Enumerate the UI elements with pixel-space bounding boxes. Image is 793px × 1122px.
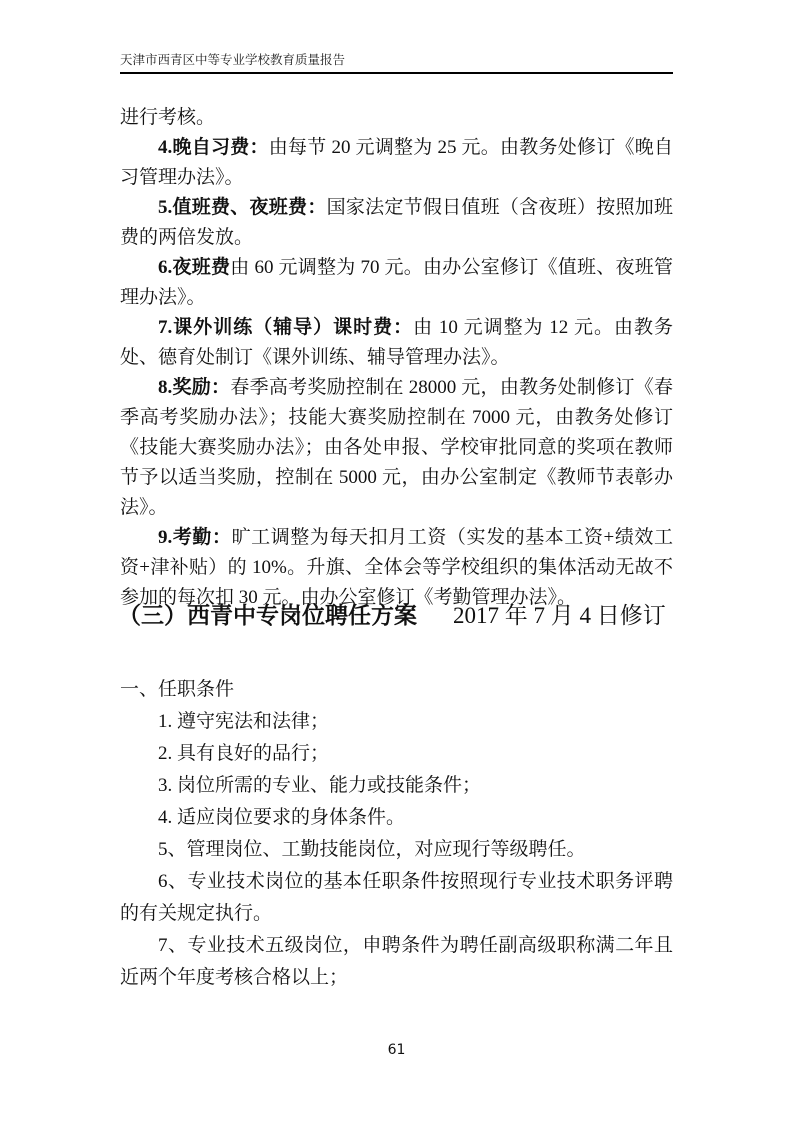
item-8-text: 春季高考奖励控制在 28000 元，由教务处制修订《春季高考奖励办法》；技能大赛… [120, 377, 673, 518]
item-5-label: 5.值班费、夜班费： [158, 197, 327, 218]
paragraph-item-8: 8.奖励：春季高考奖励控制在 28000 元，由教务处制修订《春季高考奖励办法》… [120, 373, 673, 523]
condition-item-4: 4. 适应岗位要求的身体条件。 [120, 802, 673, 834]
paragraph-continuation: 进行考核。 [120, 103, 673, 133]
paragraph-item-7: 7.课外训练（辅导）课时费：由 10 元调整为 12 元。由教务处、德育处制订《… [120, 313, 673, 373]
condition-item-7: 7、专业技术五级岗位，申聘条件为聘任副高级职称满二年且近两个年度考核合格以上； [120, 930, 673, 994]
document-body: 进行考核。 4.晚自习费：由每节 20 元调整为 25 元。由教务处修订《晚自习… [120, 103, 673, 613]
condition-item-2: 2. 具有良好的品行； [120, 738, 673, 770]
condition-item-3: 3. 岗位所需的专业、能力或技能条件； [120, 770, 673, 802]
item-8-label: 8.奖励： [158, 377, 230, 398]
page-header: 天津市西青区中等专业学校教育质量报告 [120, 53, 673, 74]
item-6-label: 6.夜班费 [158, 257, 230, 278]
condition-item-5: 5、管理岗位、工勤技能岗位，对应现行等级聘任。 [120, 834, 673, 866]
document-page: 天津市西青区中等专业学校教育质量报告 进行考核。 4.晚自习费：由每节 20 元… [0, 0, 793, 1122]
item-7-label: 7.课外训练（辅导）课时费： [158, 317, 413, 338]
condition-item-1: 1. 遵守宪法和法律； [120, 706, 673, 738]
condition-item-6: 6、专业技术岗位的基本任职条件按照现行专业技术职务评聘的有关规定执行。 [120, 866, 673, 930]
section-heading-date: 2017 年 7 月 4 日修订 [453, 603, 666, 628]
conditions-section: 一、任职条件 1. 遵守宪法和法律； 2. 具有良好的品行； 3. 岗位所需的专… [120, 674, 673, 994]
section-heading-title: （三）西青中专岗位聘任方案 [118, 603, 417, 628]
item-4-label: 4.晚自习费： [158, 137, 269, 158]
subsection-title: 一、任职条件 [120, 674, 673, 706]
item-9-label: 9.考勤： [158, 527, 232, 548]
paragraph-item-5: 5.值班费、夜班费：国家法定节假日值班（含夜班）按照加班费的两倍发放。 [120, 193, 673, 253]
paragraph-item-6: 6.夜班费由 60 元调整为 70 元。由办公室修订《值班、夜班管理办法》。 [120, 253, 673, 313]
running-header-title: 天津市西青区中等专业学校教育质量报告 [120, 53, 673, 67]
paragraph-item-4: 4.晚自习费：由每节 20 元调整为 25 元。由教务处修订《晚自习管理办法》。 [120, 133, 673, 193]
page-number: 61 [0, 1042, 793, 1058]
section-heading: （三）西青中专岗位聘任方案2017 年 7 月 4 日修订 [118, 599, 718, 633]
